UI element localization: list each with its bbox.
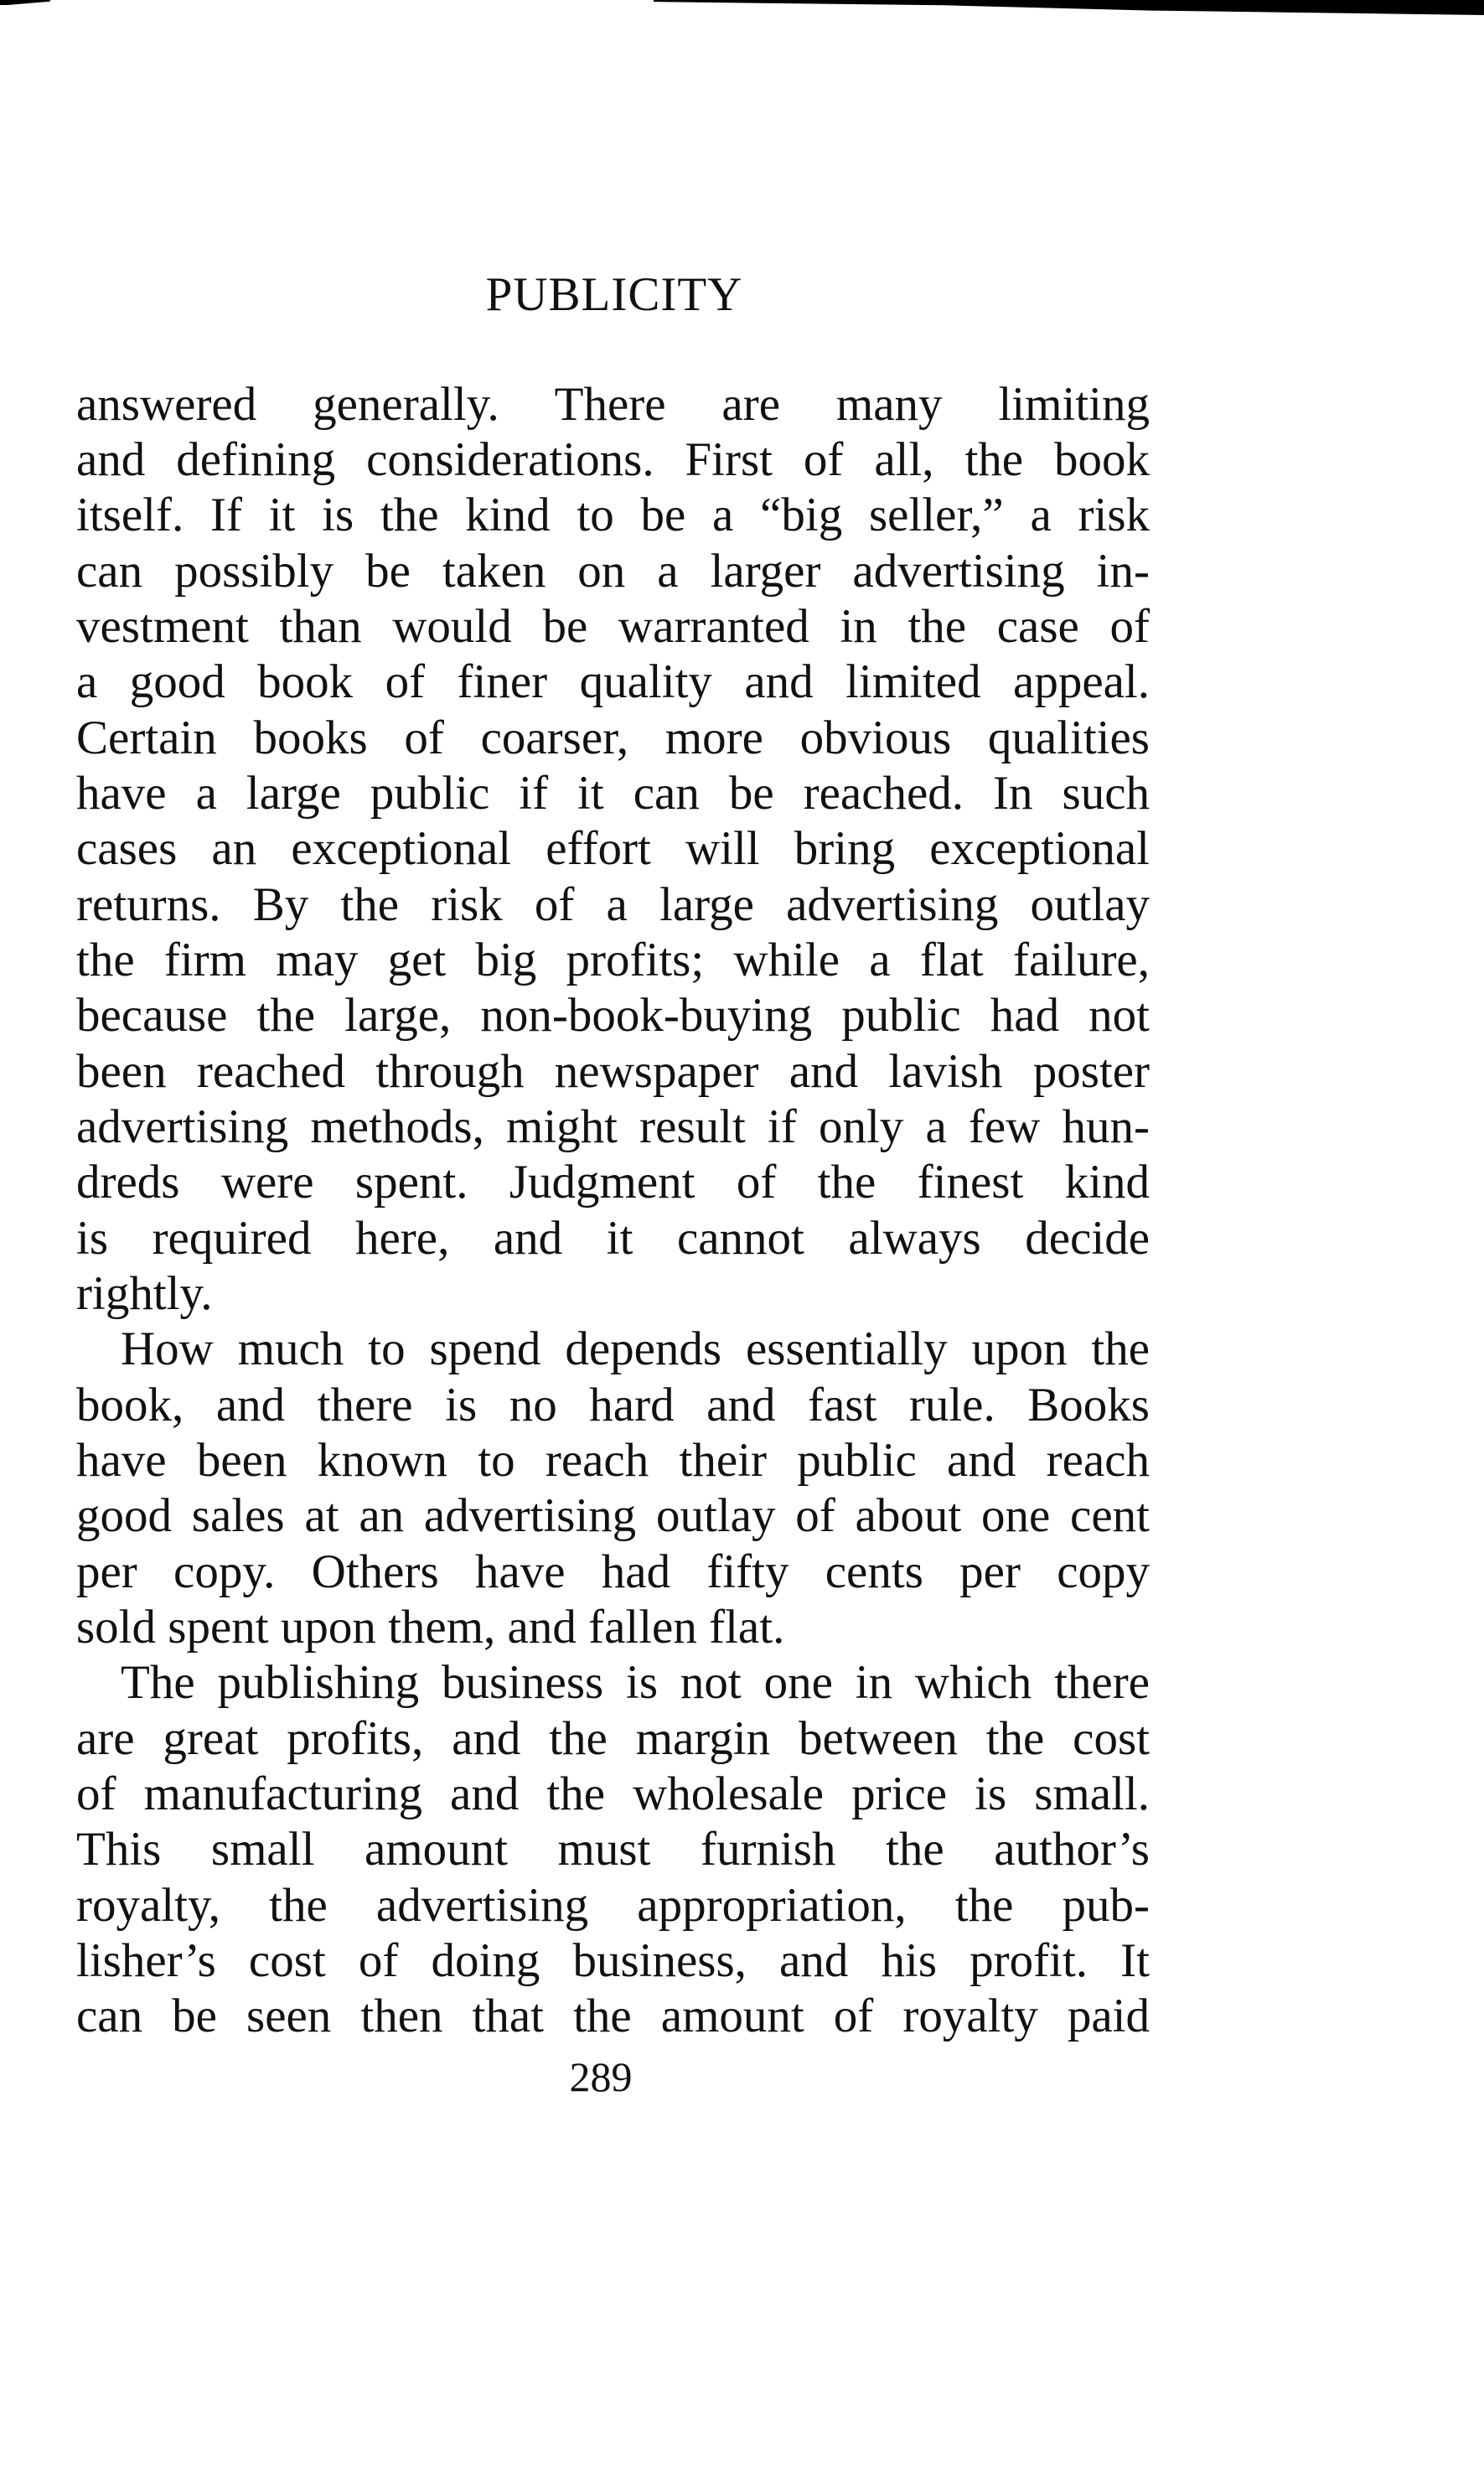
text-line: a good book of finer quality and limited…: [76, 655, 1150, 710]
text-line: can be seen then that the amount of roya…: [76, 1989, 1150, 2044]
text-line: and defining considerations. First of al…: [76, 432, 1150, 488]
scan-border-top-left: [0, 0, 50, 5]
paragraph-start-line: How much to spend depends essentially up…: [121, 1322, 1150, 1377]
text-line: of manufacturing and the wholesale price…: [76, 1767, 1150, 1822]
scan-border-top-right: [654, 0, 1484, 15]
text-line: royalty, the advertising appropriation, …: [76, 1878, 1150, 1933]
text-line: This small amount must furnish the autho…: [76, 1822, 1150, 1877]
text-line: cases an exceptional effort will bring e…: [76, 821, 1150, 877]
text-line: advertising methods, might result if onl…: [76, 1100, 1150, 1155]
text-line: rightly.: [76, 1266, 1150, 1322]
text-line: have a large public if it can be reached…: [76, 766, 1150, 821]
running-head: PUBLICITY: [478, 270, 750, 320]
text-line: vestment than would be warranted in the …: [76, 599, 1150, 655]
text-line: per copy. Others have had fifty cents pe…: [76, 1545, 1150, 1600]
paragraph-start-line: The publishing business is not one in wh…: [121, 1655, 1150, 1711]
page-number: 289: [559, 2053, 643, 2100]
text-line: sold spent upon them, and fallen flat.: [76, 1600, 1150, 1655]
text-line: lisher’s cost of doing business, and his…: [76, 1933, 1150, 1989]
text-line: Certain books of coarser, more obvious q…: [76, 711, 1150, 766]
text-line: itself. If it is the kind to be a “big s…: [76, 488, 1150, 543]
text-line: because the large, non-book-buying publi…: [76, 988, 1150, 1043]
text-line: have been known to reach their public an…: [76, 1433, 1150, 1488]
text-line: good sales at an advertising outlay of a…: [76, 1488, 1150, 1544]
text-line: dreds were spent. Judgment of the finest…: [76, 1155, 1150, 1210]
text-line: can possibly be taken on a larger advert…: [76, 544, 1150, 599]
book-page: PUBLICITY answered generally. There are …: [0, 0, 1484, 2474]
text-line: been reached through newspaper and lavis…: [76, 1044, 1150, 1100]
text-line: is required here, and it cannot always d…: [76, 1211, 1150, 1266]
text-line: book, and there is no hard and fast rule…: [76, 1378, 1150, 1433]
text-line: the firm may get big profits; while a fl…: [76, 933, 1150, 988]
text-line: answered generally. There are many limit…: [76, 377, 1150, 432]
text-line: are great profits, and the margin betwee…: [76, 1711, 1150, 1767]
text-line: returns. By the risk of a large advertis…: [76, 877, 1150, 933]
